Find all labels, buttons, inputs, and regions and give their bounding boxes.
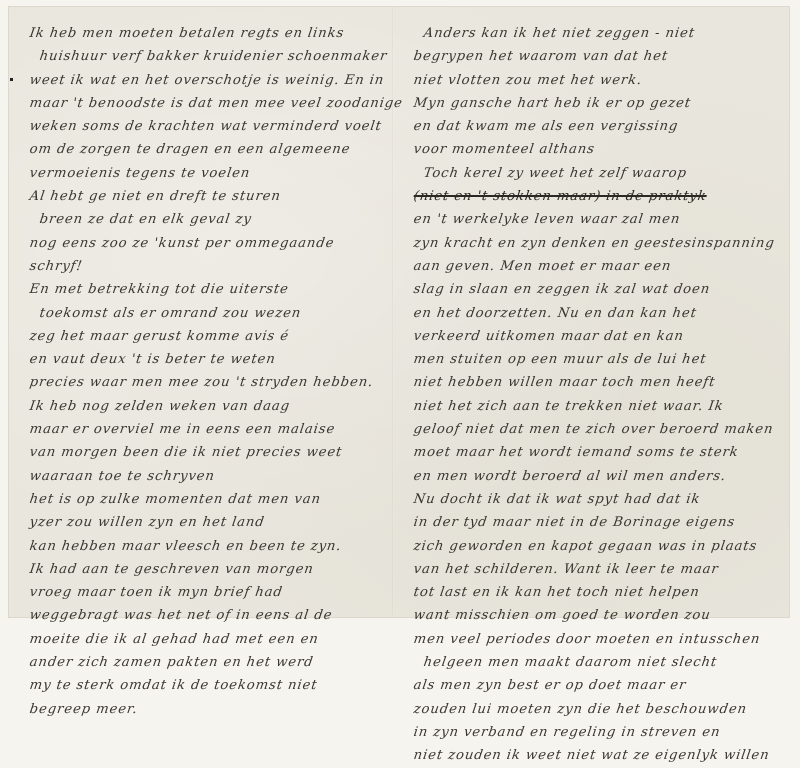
text-line: slag in slaan en zeggen ik zal wat doen xyxy=(412,278,785,301)
text-line: men stuiten op een muur als de lui het xyxy=(412,348,785,371)
text-line: weet ik wat en het overschotje is weinig… xyxy=(28,69,386,92)
text-line: en dat kwam me als een vergissing xyxy=(412,115,785,138)
text-line: breen ze dat en elk geval zy xyxy=(28,208,386,231)
text-line: En met betrekking tot die uiterste xyxy=(28,278,386,301)
text-line: zich geworden en kapot gegaan was in pla… xyxy=(412,535,785,558)
struck-text: (niet en 't stokken maar) in de praktyk xyxy=(413,189,708,204)
text-line: om de zorgen te dragen en een algemeene xyxy=(28,138,386,161)
text-line: tot last en ik kan het toch niet helpen xyxy=(412,581,785,604)
text-line: weggebragt was het net of in eens al de xyxy=(28,604,386,625)
text-line: geloof niet dat men te zich over beroerd… xyxy=(412,418,785,441)
text-line: het is op zulke momenten dat men van xyxy=(28,488,386,511)
text-line: aan geven. Men moet er maar een xyxy=(412,255,785,278)
text-line: nog eens zoo ze 'kunst per ommegaande xyxy=(28,232,386,255)
text-line: zyn kracht en zyn denken en geestesinspa… xyxy=(412,232,785,255)
text-line: want misschien om goed te worden zou xyxy=(412,604,785,625)
text-line: in der tyd maar niet in de Borinage eige… xyxy=(412,511,785,534)
text-line: van het schilderen. Want ik leer te maar xyxy=(412,558,785,581)
text-line: kan hebben maar vleesch en been te zyn. xyxy=(28,535,386,558)
text-line: zeg het maar gerust komme avis é xyxy=(28,325,386,348)
text-line: maar 't benoodste is dat men mee veel zo… xyxy=(28,92,386,115)
text-line: en men wordt beroerd al wil men anders. xyxy=(412,465,785,488)
left-page: Ik heb men moeten betalen regts en links… xyxy=(28,22,383,625)
text-line: precies waar men mee zou 't stryden hebb… xyxy=(28,371,386,394)
text-line: Myn gansche hart heb ik er op gezet xyxy=(412,92,785,115)
text-line: vermoeienis tegens te voelen xyxy=(28,162,386,185)
text-line: van morgen been die ik niet precies weet xyxy=(28,441,386,464)
ink-mark xyxy=(10,78,13,81)
text-line: Anders kan ik het niet zeggen - niet xyxy=(412,22,785,45)
text-line: Ik heb nog zelden weken van daag xyxy=(28,395,386,418)
text-line: en 't werkelyke leven waar zal men xyxy=(412,208,785,231)
text-line: weken soms de krachten wat verminderd vo… xyxy=(28,115,386,138)
text-line: begrypen het waarom van dat het xyxy=(412,45,785,68)
text-line: Ik heb men moeten betalen regts en links xyxy=(28,22,386,45)
text-line: en vaut deux 't is beter te weten xyxy=(28,348,386,371)
right-page: Anders kan ik het niet zeggen - niet beg… xyxy=(412,22,782,625)
text-line: Toch kerel zy weet het zelf waarop xyxy=(412,162,785,185)
text-line: schryf! xyxy=(28,255,386,278)
text-line: moet maar het wordt iemand soms te sterk xyxy=(412,441,785,464)
text-line: niet vlotten zou met het werk. xyxy=(412,69,785,92)
text-line: (niet en 't stokken maar) in de praktyk xyxy=(412,185,785,208)
text-line: niet hebben willen maar toch men heeft xyxy=(412,371,785,394)
text-line: Nu docht ik dat ik wat spyt had dat ik xyxy=(412,488,785,511)
text-line: waaraan toe te schryven xyxy=(28,465,386,488)
text-line: vroeg maar toen ik myn brief had xyxy=(28,581,386,604)
text-line: Ik had aan te geschreven van morgen xyxy=(28,558,386,581)
text-line: toekomst als er omrand zou wezen xyxy=(28,302,386,325)
text-line: huishuur verf bakker kruidenier schoenma… xyxy=(28,45,386,68)
text-line: yzer zou willen zyn en het land xyxy=(28,511,386,534)
text-line: verkeerd uitkomen maar dat en kan xyxy=(412,325,785,348)
text-line: niet het zich aan te trekken niet waar. … xyxy=(412,395,785,418)
text-line: Al hebt ge niet en dreft te sturen xyxy=(28,185,386,208)
text-line: maar er overviel me in eens een malaise xyxy=(28,418,386,441)
text-line: en het doorzetten. Nu en dan kan het xyxy=(412,302,785,325)
text-line: voor momenteel althans xyxy=(412,138,785,161)
